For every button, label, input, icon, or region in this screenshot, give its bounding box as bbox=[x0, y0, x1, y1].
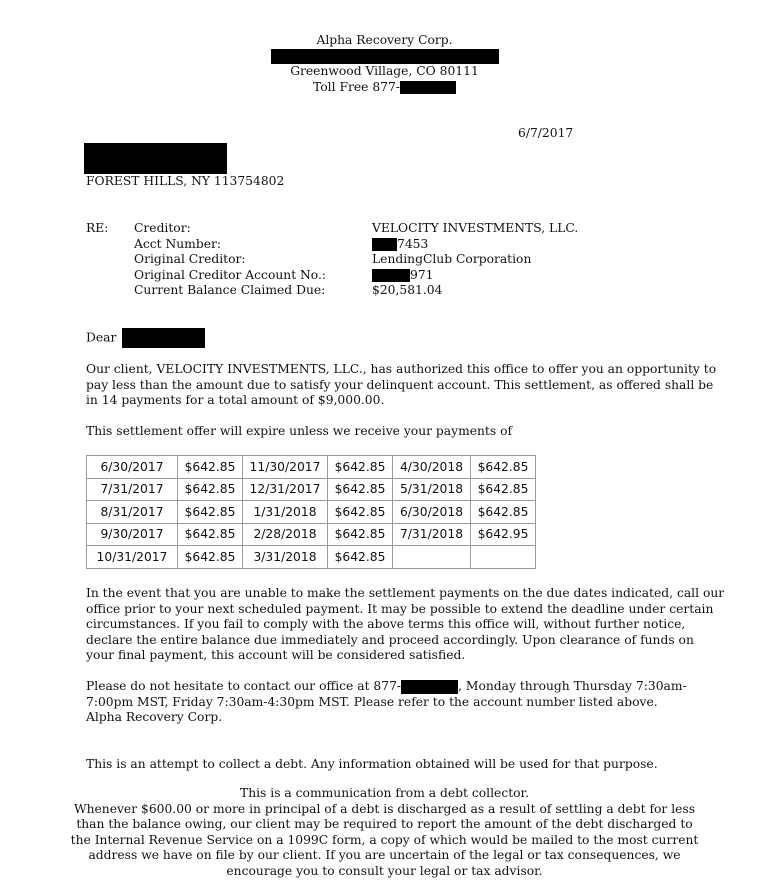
re-val-original-account: 971 bbox=[372, 268, 578, 284]
payment-amount-cell: $642.85 bbox=[328, 523, 393, 546]
re-label: RE: bbox=[86, 221, 108, 237]
payment-amount-cell: $642.95 bbox=[471, 523, 536, 546]
re-key-creditor: Creditor: bbox=[134, 221, 326, 237]
due-date-cell: 12/31/2017 bbox=[243, 478, 328, 501]
letterhead-company: Alpha Recovery Corp. bbox=[0, 33, 769, 49]
re-key-acct-number: Acct Number: bbox=[134, 237, 326, 253]
payment-schedule-table: 6/30/2017$642.8511/30/2017$642.854/30/20… bbox=[86, 455, 536, 569]
payment-amount-cell: $642.85 bbox=[328, 456, 393, 479]
payment-amount-cell: $642.85 bbox=[328, 501, 393, 524]
payment-amount-cell bbox=[471, 546, 536, 569]
re-val-balance: $20,581.04 bbox=[372, 283, 578, 299]
payment-amount-cell: $642.85 bbox=[328, 546, 393, 569]
text-line: than the balance owing, our client may b… bbox=[0, 817, 769, 833]
table-row: 9/30/2017$642.852/28/2018$642.857/31/201… bbox=[87, 523, 536, 546]
re-val-original-creditor: LendingClub Corporation bbox=[372, 252, 578, 268]
text-line: This is a communication from a debt coll… bbox=[0, 786, 769, 802]
letterhead-phone: Toll Free 877- bbox=[0, 80, 769, 96]
payment-amount-cell: $642.85 bbox=[178, 478, 243, 501]
contact-text: Please do not hesitate to contact our of… bbox=[86, 679, 401, 693]
re-val-acct-number: 7453 bbox=[372, 237, 578, 253]
redaction-block bbox=[372, 238, 397, 251]
due-date-cell: 11/30/2017 bbox=[243, 456, 328, 479]
recipient-city: FOREST HILLS, NY 113754802 bbox=[86, 174, 284, 190]
text-line: In the event that you are unable to make… bbox=[86, 586, 686, 602]
footer-disclosure: This is a communication from a debt coll… bbox=[0, 786, 769, 879]
due-date-cell: 6/30/2018 bbox=[393, 501, 471, 524]
table-row: 10/31/2017$642.853/31/2018$642.85 bbox=[87, 546, 536, 569]
letterhead-city: Greenwood Village, CO 80111 bbox=[0, 64, 769, 80]
contact-paragraph: Please do not hesitate to contact our of… bbox=[86, 679, 686, 726]
text-line: in 14 payments for a total amount of $9,… bbox=[86, 393, 686, 409]
text-line: Our client, VELOCITY INVESTMENTS, LLC., … bbox=[86, 362, 686, 378]
due-date-cell: 8/31/2017 bbox=[87, 501, 178, 524]
due-date-cell: 2/28/2018 bbox=[243, 523, 328, 546]
re-key-original-account: Original Creditor Account No.: bbox=[134, 268, 326, 284]
phone-redacted bbox=[401, 680, 458, 694]
offer-paragraph: Our client, VELOCITY INVESTMENTS, LLC., … bbox=[86, 362, 686, 409]
text-line: pay less than the amount due to satisfy … bbox=[86, 378, 686, 394]
payment-amount-cell: $642.85 bbox=[178, 546, 243, 569]
text-line: your final payment, this account will be… bbox=[86, 648, 686, 664]
due-date-cell: 6/30/2017 bbox=[87, 456, 178, 479]
table-row: 8/31/2017$642.851/31/2018$642.856/30/201… bbox=[87, 501, 536, 524]
letterhead: Alpha Recovery Corp. Greenwood Village, … bbox=[0, 33, 769, 95]
text-line: address we have on file by our client. I… bbox=[0, 848, 769, 864]
re-key-original-creditor: Original Creditor: bbox=[134, 252, 326, 268]
due-date-cell: 9/30/2017 bbox=[87, 523, 178, 546]
text-line: Whenever $600.00 or more in principal of… bbox=[0, 802, 769, 818]
text-line: declare the entire balance due immediate… bbox=[86, 633, 686, 649]
redaction-block bbox=[372, 269, 410, 282]
re-field-keys: Creditor: Acct Number: Original Creditor… bbox=[134, 221, 326, 299]
re-val-creditor: VELOCITY INVESTMENTS, LLC. bbox=[372, 221, 578, 237]
payment-amount-cell: $642.85 bbox=[471, 478, 536, 501]
text-line: Please do not hesitate to contact our of… bbox=[86, 679, 686, 695]
debt-notice: This is an attempt to collect a debt. An… bbox=[86, 757, 686, 773]
signature-line: Alpha Recovery Corp. bbox=[86, 710, 686, 726]
table-row: 7/31/2017$642.8512/31/2017$642.855/31/20… bbox=[87, 478, 536, 501]
salutation: Dear bbox=[86, 328, 205, 348]
payment-amount-cell: $642.85 bbox=[178, 501, 243, 524]
text-line: circumstances. If you fail to comply wit… bbox=[86, 617, 686, 633]
due-date-cell: 4/30/2018 bbox=[393, 456, 471, 479]
payment-amount-cell: $642.85 bbox=[178, 523, 243, 546]
payment-amount-cell: $642.85 bbox=[178, 456, 243, 479]
due-date-cell: 1/31/2018 bbox=[243, 501, 328, 524]
payment-amount-cell: $642.85 bbox=[471, 501, 536, 524]
due-date-cell: 7/31/2018 bbox=[393, 523, 471, 546]
due-date-cell: 10/31/2017 bbox=[87, 546, 178, 569]
due-date-cell: 5/31/2018 bbox=[393, 478, 471, 501]
due-date-cell: 3/31/2018 bbox=[243, 546, 328, 569]
re-key-balance: Current Balance Claimed Due: bbox=[134, 283, 326, 299]
recipient-name-redacted bbox=[84, 143, 227, 174]
letter-date: 6/7/2017 bbox=[518, 126, 573, 142]
table-row: 6/30/2017$642.8511/30/2017$642.854/30/20… bbox=[87, 456, 536, 479]
salutation-text: Dear bbox=[86, 331, 116, 345]
due-date-cell: 7/31/2017 bbox=[87, 478, 178, 501]
letter-page: Alpha Recovery Corp. Greenwood Village, … bbox=[0, 0, 769, 894]
text-line: encourage you to consult your legal or t… bbox=[0, 864, 769, 880]
redaction-block bbox=[400, 81, 456, 94]
re-field-values: VELOCITY INVESTMENTS, LLC. 7453 LendingC… bbox=[372, 221, 578, 299]
payment-amount-cell: $642.85 bbox=[471, 456, 536, 479]
expire-paragraph: This settlement offer will expire unless… bbox=[86, 424, 686, 440]
text-line: 7:00pm MST, Friday 7:30am-4:30pm MST. Pl… bbox=[86, 695, 686, 711]
toll-free-label: Toll Free 877- bbox=[313, 80, 400, 94]
letterhead-address-redacted bbox=[0, 49, 769, 65]
event-paragraph: In the event that you are unable to make… bbox=[86, 586, 686, 664]
text-line: This is an attempt to collect a debt. An… bbox=[86, 757, 686, 773]
recipient-name-redacted bbox=[122, 328, 205, 348]
text-line: This settlement offer will expire unless… bbox=[86, 424, 686, 440]
payment-amount-cell: $642.85 bbox=[328, 478, 393, 501]
contact-text: , Monday through Thursday 7:30am- bbox=[458, 679, 687, 693]
text-line: the Internal Revenue Service on a 1099C … bbox=[0, 833, 769, 849]
due-date-cell bbox=[393, 546, 471, 569]
text-line: office prior to your next scheduled paym… bbox=[86, 602, 686, 618]
redaction-block bbox=[271, 49, 499, 64]
